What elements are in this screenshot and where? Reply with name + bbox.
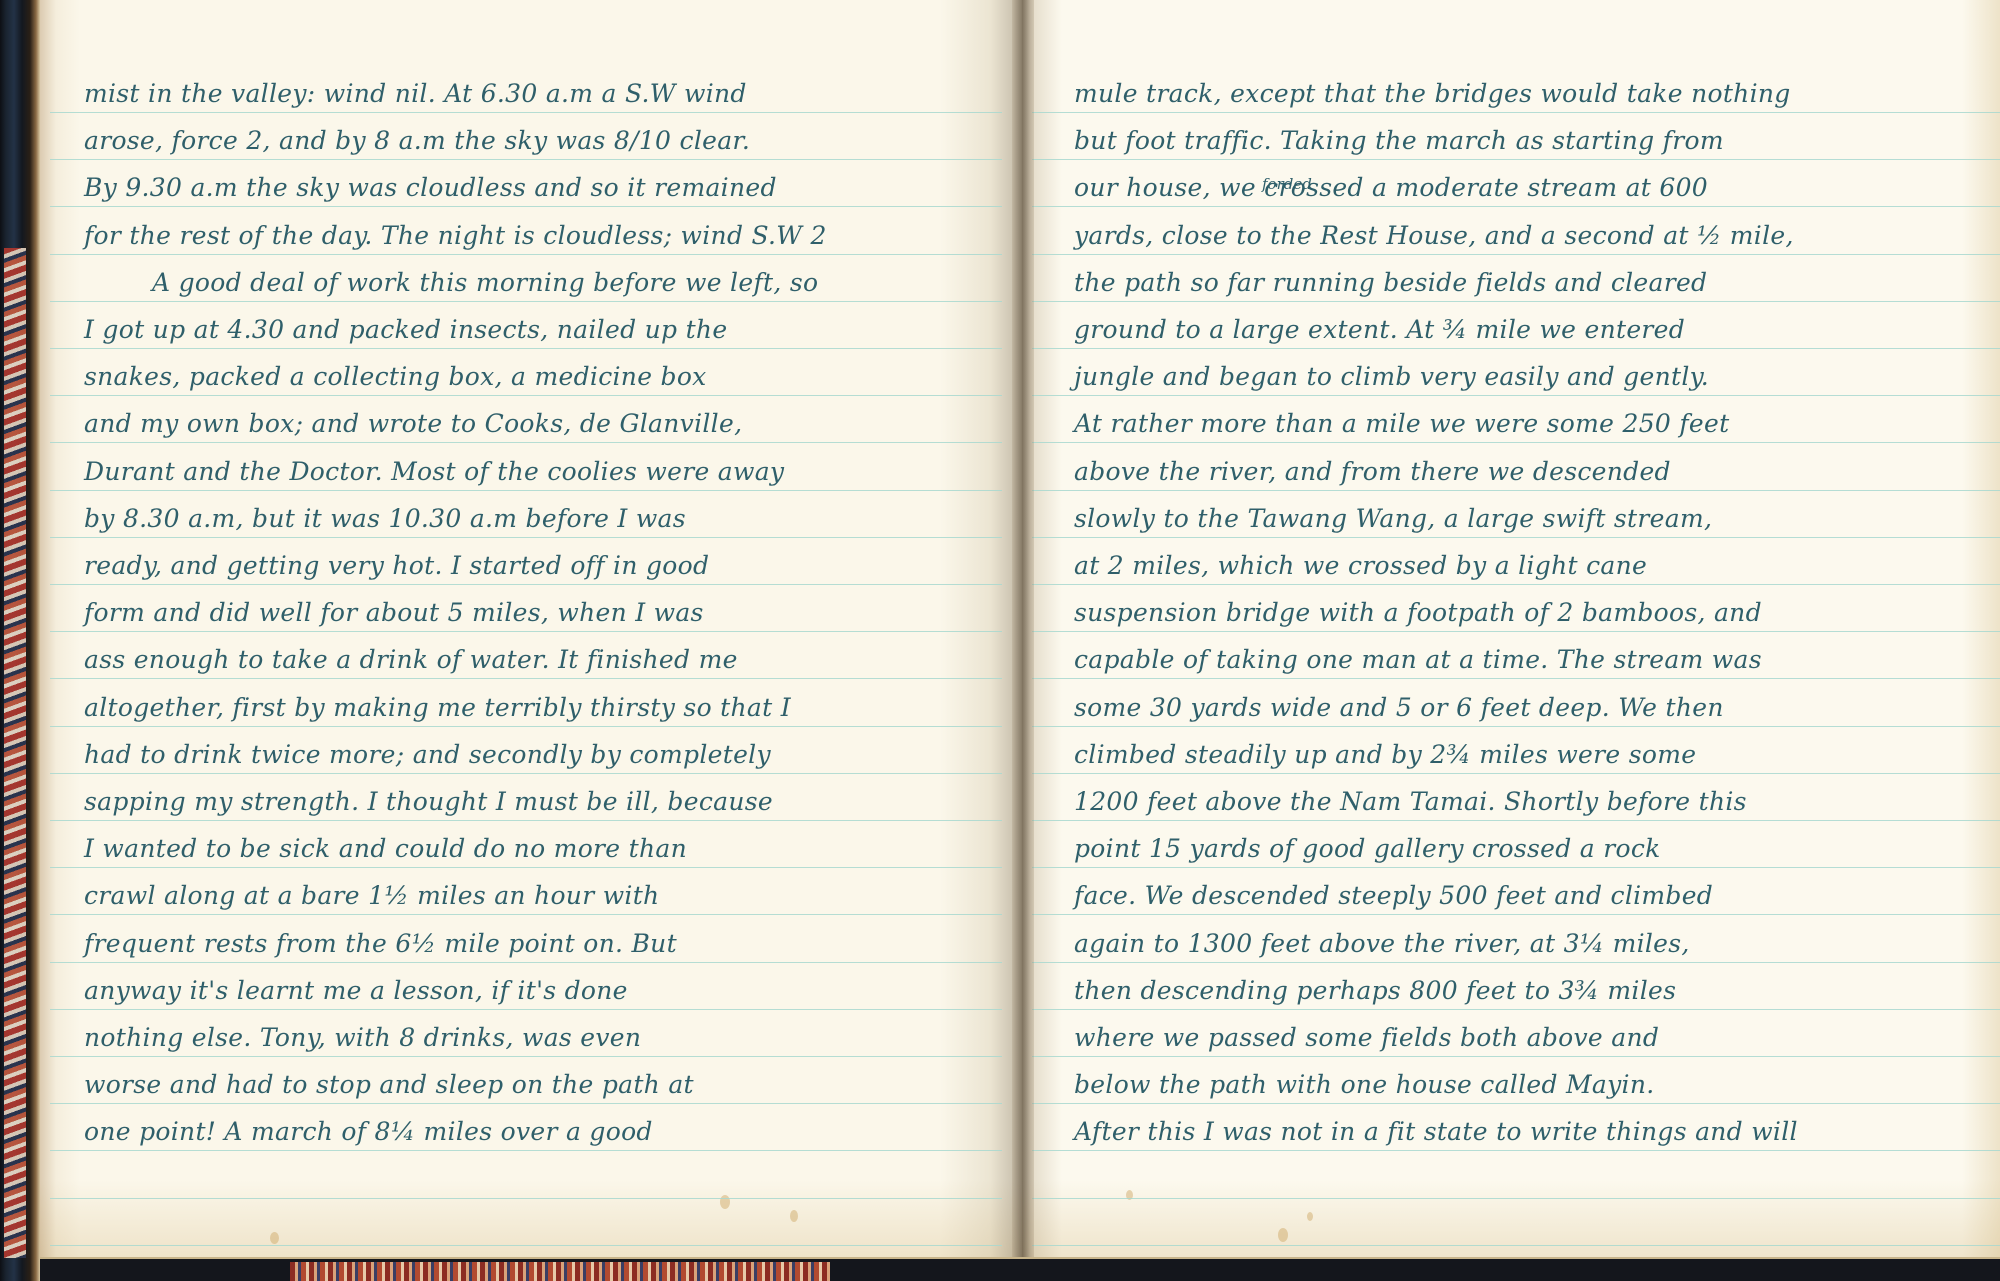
handwritten-line: crawl along at a bare 1½ miles an hour w… bbox=[84, 881, 659, 910]
ruled-line bbox=[1032, 395, 2000, 396]
foxing-stain bbox=[790, 1210, 798, 1222]
ruled-line bbox=[50, 537, 1002, 538]
notebook-spine-fold bbox=[1012, 0, 1034, 1257]
ruled-line bbox=[1032, 914, 2000, 915]
ruled-line bbox=[50, 1150, 1002, 1151]
handwritten-line: form and did well for about 5 miles, whe… bbox=[84, 598, 704, 627]
handwritten-line: ass enough to take a drink of water. It … bbox=[84, 645, 738, 674]
ruled-line bbox=[50, 726, 1002, 727]
ruled-line bbox=[1032, 112, 2000, 113]
ruled-line bbox=[1032, 1056, 2000, 1057]
ruled-line bbox=[1032, 867, 2000, 868]
ruled-line bbox=[50, 1103, 1002, 1104]
handwritten-line: point 15 yards of good gallery crossed a… bbox=[1074, 834, 1661, 863]
handwritten-line: for the rest of the day. The night is cl… bbox=[84, 221, 827, 250]
handwritten-line: jungle and began to climb very easily an… bbox=[1074, 362, 1709, 391]
ruled-line bbox=[50, 1245, 1002, 1246]
handwritten-line: By 9.30 a.m the sky was cloudless and so… bbox=[84, 173, 777, 202]
handwritten-line: A good deal of work this morning before … bbox=[152, 268, 818, 297]
ruled-line bbox=[1032, 726, 2000, 727]
ruled-line bbox=[50, 1198, 1002, 1199]
handwritten-line: frequent rests from the 6½ mile point on… bbox=[84, 929, 677, 958]
handwritten-line: then descending perhaps 800 feet to 3¾ m… bbox=[1074, 976, 1676, 1005]
ruled-line bbox=[50, 584, 1002, 585]
left-page: mist in the valley: wind nil. At 6.30 a.… bbox=[40, 0, 1022, 1259]
ruled-line bbox=[50, 820, 1002, 821]
handwritten-line: snakes, packed a collecting box, a medic… bbox=[84, 362, 707, 391]
handwritten-line: by 8.30 a.m, but it was 10.30 a.m before… bbox=[84, 504, 686, 533]
ruled-line bbox=[1032, 584, 2000, 585]
handwritten-line: After this I was not in a fit state to w… bbox=[1074, 1117, 1798, 1146]
handwritten-line: below the path with one house called May… bbox=[1074, 1070, 1655, 1099]
handwritten-line: altogether, first by making me terribly … bbox=[84, 693, 791, 722]
ruled-line bbox=[50, 867, 1002, 868]
handwritten-line: capable of taking one man at a time. The… bbox=[1074, 645, 1762, 674]
ruled-line bbox=[50, 678, 1002, 679]
ruled-line bbox=[50, 631, 1002, 632]
ruled-line bbox=[50, 1009, 1002, 1010]
handwritten-line: At rather more than a mile we were some … bbox=[1074, 409, 1729, 438]
ruled-line bbox=[50, 395, 1002, 396]
handwritten-line: sapping my strength. I thought I must be… bbox=[84, 787, 773, 816]
marbled-edge-bottom bbox=[290, 1262, 830, 1281]
ruled-line bbox=[1032, 1150, 2000, 1151]
handwritten-line: and my own box; and wrote to Cooks, de G… bbox=[84, 409, 742, 438]
ruled-line bbox=[1032, 490, 2000, 491]
handwritten-line: ready, and getting very hot. I started o… bbox=[84, 551, 709, 580]
right-page: mule track, except that the bridges woul… bbox=[1022, 0, 2000, 1259]
ruled-line bbox=[1032, 159, 2000, 160]
handwritten-line: Durant and the Doctor. Most of the cooli… bbox=[84, 457, 784, 486]
handwritten-line: face. We descended steeply 500 feet and … bbox=[1074, 881, 1713, 910]
handwritten-line: I got up at 4.30 and packed insects, nai… bbox=[84, 315, 727, 344]
ruled-line bbox=[50, 159, 1002, 160]
marbled-edge-left bbox=[4, 248, 26, 1258]
ruled-line bbox=[50, 1056, 1002, 1057]
ruled-line bbox=[50, 490, 1002, 491]
ruled-line bbox=[1032, 773, 2000, 774]
ruled-line bbox=[50, 962, 1002, 963]
foxing-stain bbox=[270, 1232, 279, 1244]
handwritten-line: but foot traffic. Taking the march as st… bbox=[1074, 126, 1724, 155]
ruled-line bbox=[1032, 442, 2000, 443]
handwritten-line: suspension bridge with a footpath of 2 b… bbox=[1074, 598, 1762, 627]
handwritten-line: nothing else. Tony, with 8 drinks, was e… bbox=[84, 1023, 641, 1052]
handwritten-line: again to 1300 feet above the river, at 3… bbox=[1074, 929, 1690, 958]
handwritten-line: anyway it's learnt me a lesson, if it's … bbox=[84, 976, 628, 1005]
ruled-line bbox=[50, 254, 1002, 255]
ruled-line bbox=[1032, 537, 2000, 538]
ruled-line bbox=[50, 112, 1002, 113]
foxing-stain bbox=[1278, 1228, 1288, 1242]
foxing-stain bbox=[1307, 1212, 1313, 1221]
ruled-line bbox=[1032, 962, 2000, 963]
inserted-correction: forded bbox=[1262, 175, 1312, 193]
handwritten-line: mist in the valley: wind nil. At 6.30 a.… bbox=[84, 79, 747, 108]
ruled-line bbox=[50, 301, 1002, 302]
ruled-line bbox=[1032, 1103, 2000, 1104]
ruled-line bbox=[1032, 1198, 2000, 1199]
handwritten-line: slowly to the Tawang Wang, a large swift… bbox=[1074, 504, 1712, 533]
ruled-line bbox=[50, 348, 1002, 349]
ruled-line bbox=[1032, 348, 2000, 349]
handwritten-line: 1200 feet above the Nam Tamai. Shortly b… bbox=[1074, 787, 1747, 816]
handwritten-line: arose, force 2, and by 8 a.m the sky was… bbox=[84, 126, 750, 155]
ruled-line bbox=[50, 206, 1002, 207]
handwritten-line: climbed steadily up and by 2¾ miles were… bbox=[1074, 740, 1696, 769]
ruled-line bbox=[1032, 1009, 2000, 1010]
ruled-line bbox=[1032, 678, 2000, 679]
ruled-line bbox=[1032, 301, 2000, 302]
handwritten-line: above the river, and from there we desce… bbox=[1074, 457, 1671, 486]
ruled-line bbox=[50, 914, 1002, 915]
handwritten-line: the path so far running beside fields an… bbox=[1074, 268, 1707, 297]
ruled-line bbox=[1032, 206, 2000, 207]
handwritten-line: I wanted to be sick and could do no more… bbox=[84, 834, 687, 863]
handwritten-line: at 2 miles, which we crossed by a light … bbox=[1074, 551, 1647, 580]
handwritten-line: our house, we crossed a moderate stream … bbox=[1074, 173, 1708, 202]
handwritten-line: yards, close to the Rest House, and a se… bbox=[1074, 221, 1794, 250]
handwritten-line: mule track, except that the bridges woul… bbox=[1074, 79, 1791, 108]
ruled-line bbox=[1032, 254, 2000, 255]
handwritten-line: had to drink twice more; and secondly by… bbox=[84, 740, 771, 769]
ruled-line bbox=[50, 442, 1002, 443]
handwritten-line: one point! A march of 8¼ miles over a go… bbox=[84, 1117, 653, 1146]
ruled-line bbox=[1032, 631, 2000, 632]
handwritten-line: where we passed some fields both above a… bbox=[1074, 1023, 1659, 1052]
ruled-line bbox=[50, 773, 1002, 774]
handwritten-line: some 30 yards wide and 5 or 6 feet deep.… bbox=[1074, 693, 1724, 722]
handwritten-line: worse and had to stop and sleep on the p… bbox=[84, 1070, 694, 1099]
ruled-line bbox=[1032, 1245, 2000, 1246]
handwritten-line: ground to a large extent. At ¾ mile we e… bbox=[1074, 315, 1685, 344]
ruled-line bbox=[1032, 820, 2000, 821]
